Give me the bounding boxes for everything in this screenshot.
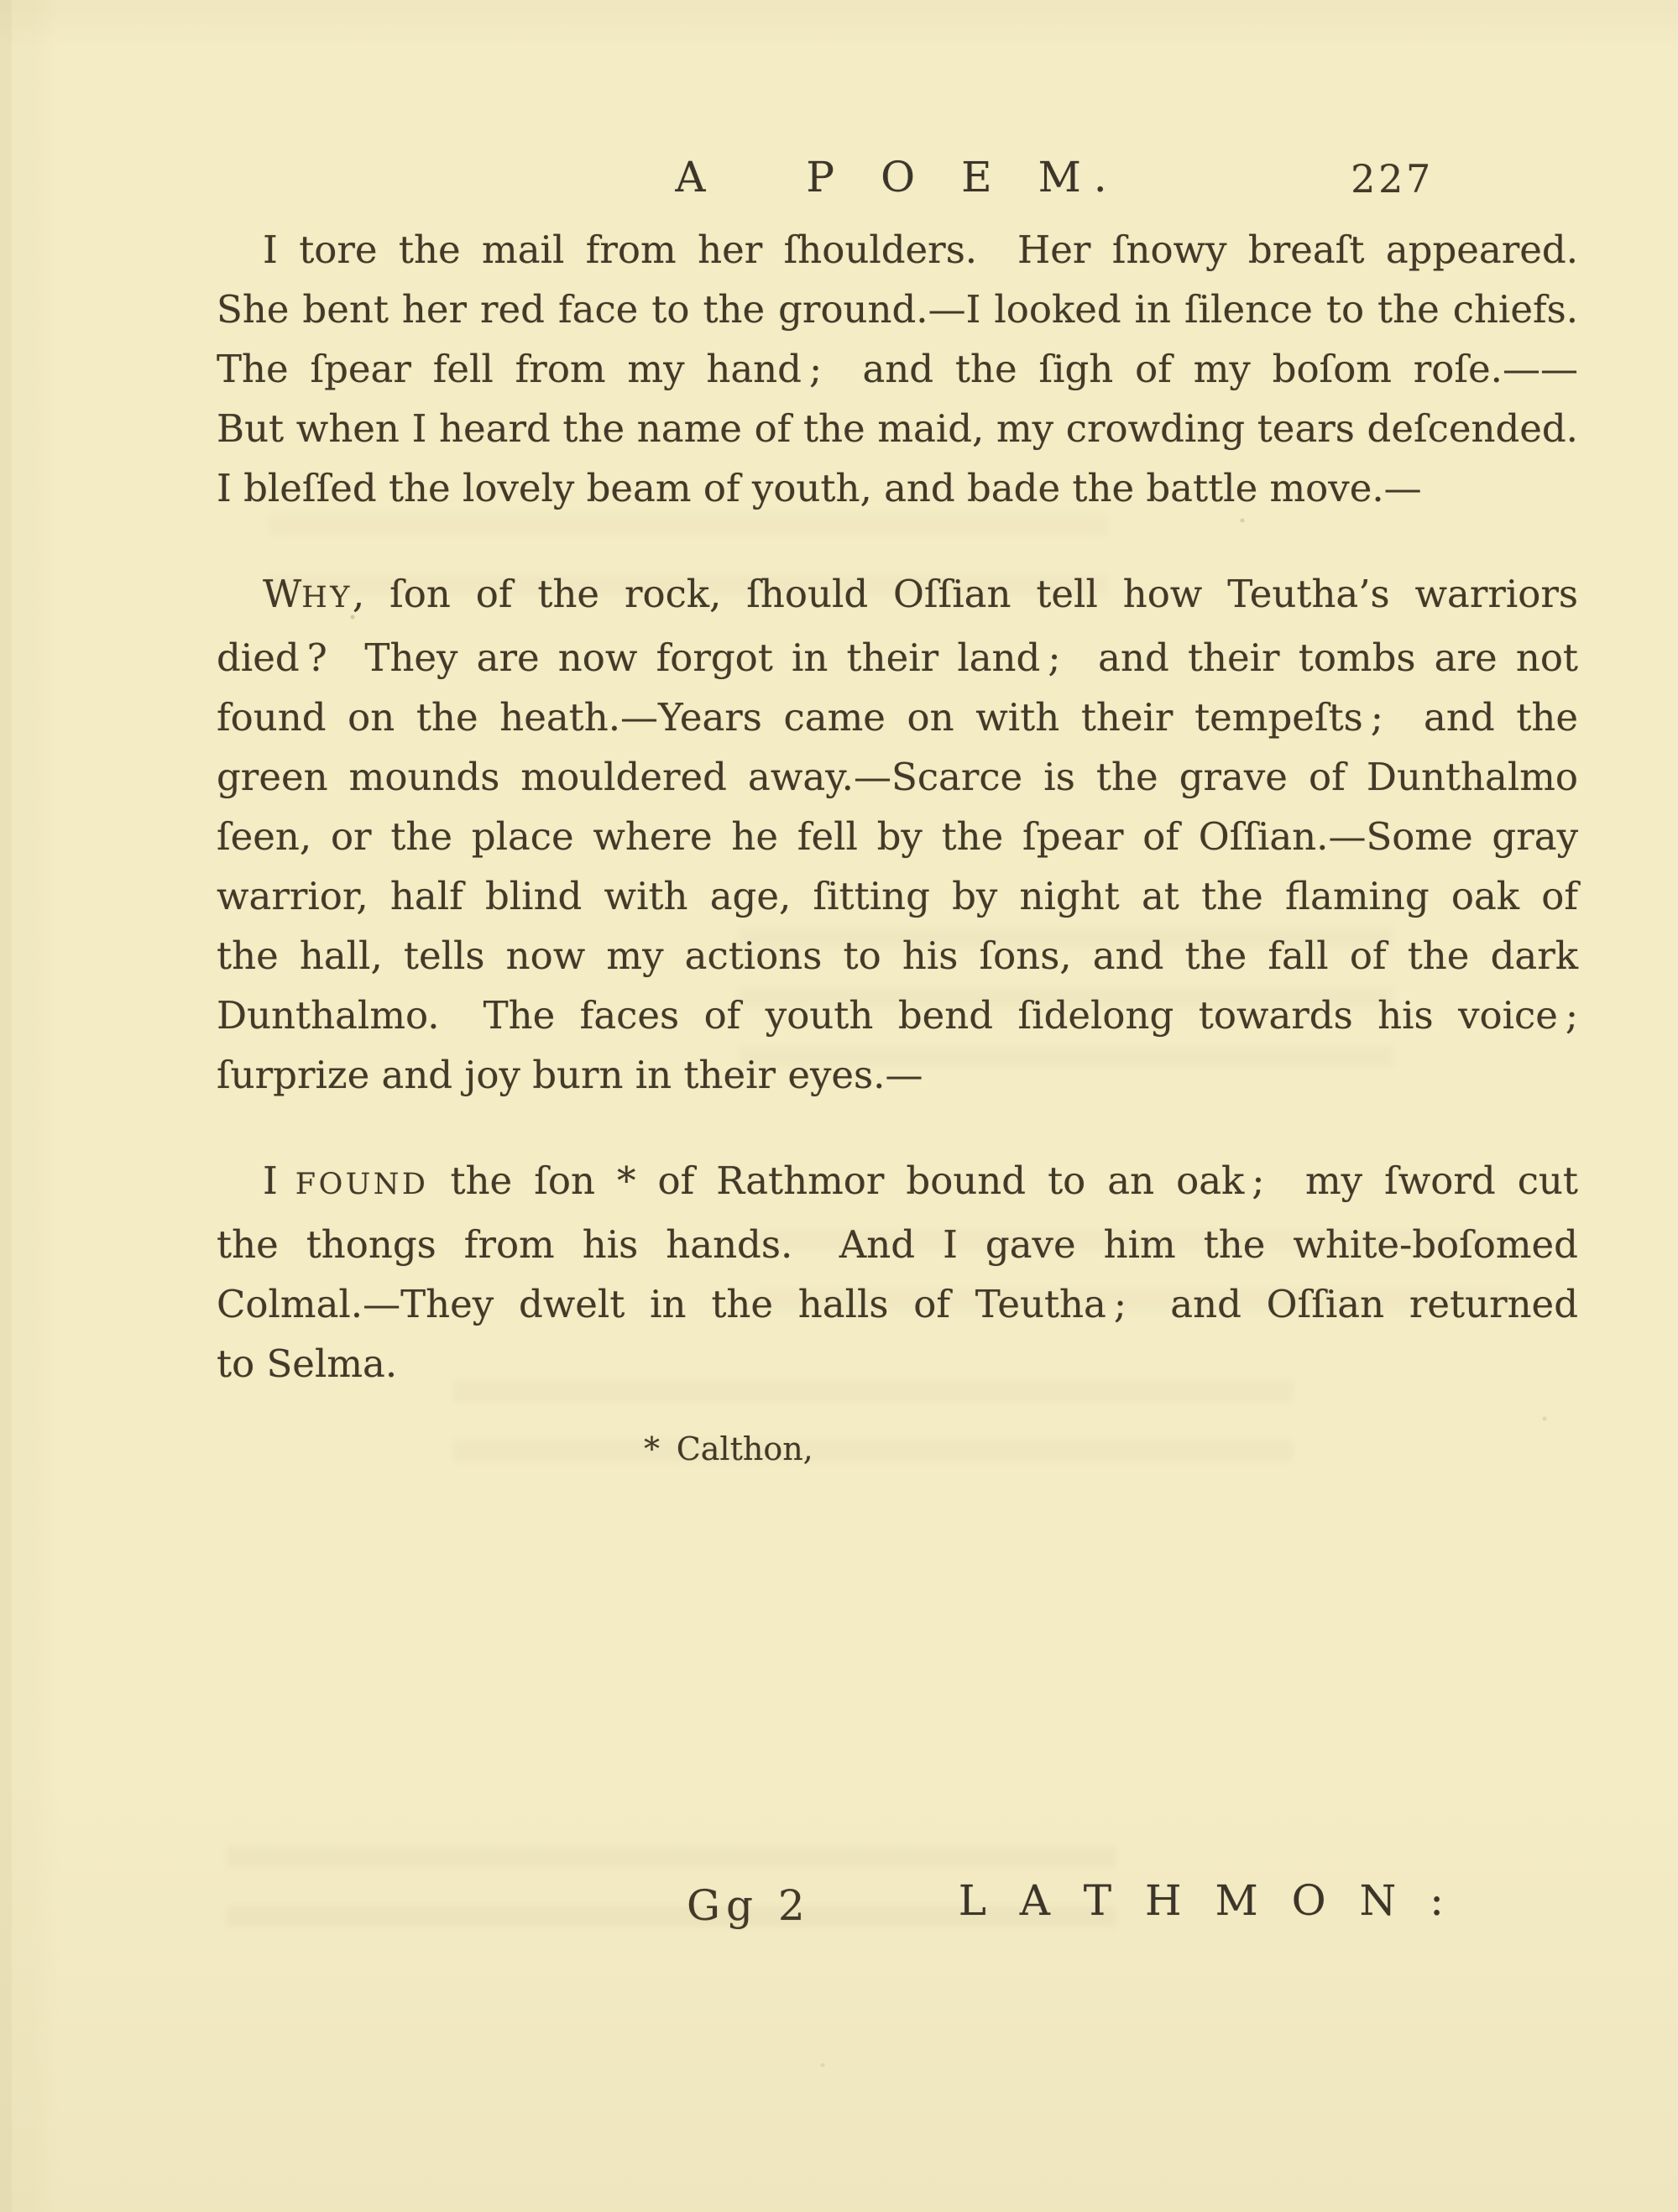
line-text: , ſon of the rock, ſhould Oſſian tell ho… [353,572,1578,616]
text-line: warrior, half blind with age, ſitting by… [217,866,1578,926]
text-line: the thongs from his hands. And I gave hi… [217,1215,1578,1274]
running-header: A P O E M. 227 [217,153,1578,203]
text-line: I tore the mail from her ſhoulders. Her … [217,220,1578,280]
text-block: I tore the mail from her ſhoulders. Her … [217,220,1578,1469]
footnote-text: Calthon, [677,1430,813,1467]
text-line: ſeen, or the place where he fell by the … [217,807,1578,866]
book-page-scan: A P O E M. 227 I tore the mail from her … [0,0,1678,2212]
text-line: green mounds mouldered away.—Scarce is t… [217,747,1578,807]
text-line: She bent her red face to the ground.—I l… [217,280,1578,339]
paragraph: WHY, ſon of the rock, ſhould Oſſian tell… [217,564,1578,1105]
lead-smallcaps: FOUND [278,1168,429,1201]
text-line: found on the heath.—Years came on with t… [217,688,1578,747]
text-line: the hall, tells now my actions to his ſo… [217,926,1578,986]
text-line: to Selma. [217,1334,1578,1394]
catchword: L A T H M O N : [959,1876,1454,1925]
text-line: The ſpear fell from my hand ; and the ſi… [217,339,1578,399]
text-line: WHY, ſon of the rock, ſhould Oſſian tell… [217,564,1578,628]
page-footer: Gg 2 L A T H M O N : [217,1876,1578,1935]
text-line: Dunthalmo. The faces of youth bend ſidel… [217,986,1578,1045]
line-text: the ſon * of Rathmor bound to an oak ; m… [428,1158,1578,1203]
text-line: I FOUND the ſon * of Rathmor bound to an… [217,1151,1578,1215]
footnote-marker: * [644,1430,666,1467]
text-line: Colmal.—They dwelt in the halls of Teuth… [217,1274,1578,1334]
gathering-signature: Gg 2 [687,1881,811,1930]
lead-capital: W [263,572,301,616]
paragraph: I FOUND the ſon * of Rathmor bound to an… [217,1151,1578,1394]
smallcaps-lead: WHY [263,572,353,616]
text-line: died ? They are now forgot in their land… [217,628,1578,688]
text-line: ſurprize and joy burn in their eyes.— [217,1045,1578,1105]
text-line: I bleſſed the lovely beam of youth, and … [217,458,1578,518]
footnote: * Calthon, [644,1429,1578,1469]
page-number: 227 [1351,156,1434,201]
lead-capital: I [263,1158,278,1203]
paragraph: I tore the mail from her ſhoulders. Her … [217,220,1578,518]
lead-smallcaps: HY [301,581,353,614]
smallcaps-lead: I FOUND [263,1158,428,1203]
text-line: But when I heard the name of the maid, m… [217,399,1578,458]
